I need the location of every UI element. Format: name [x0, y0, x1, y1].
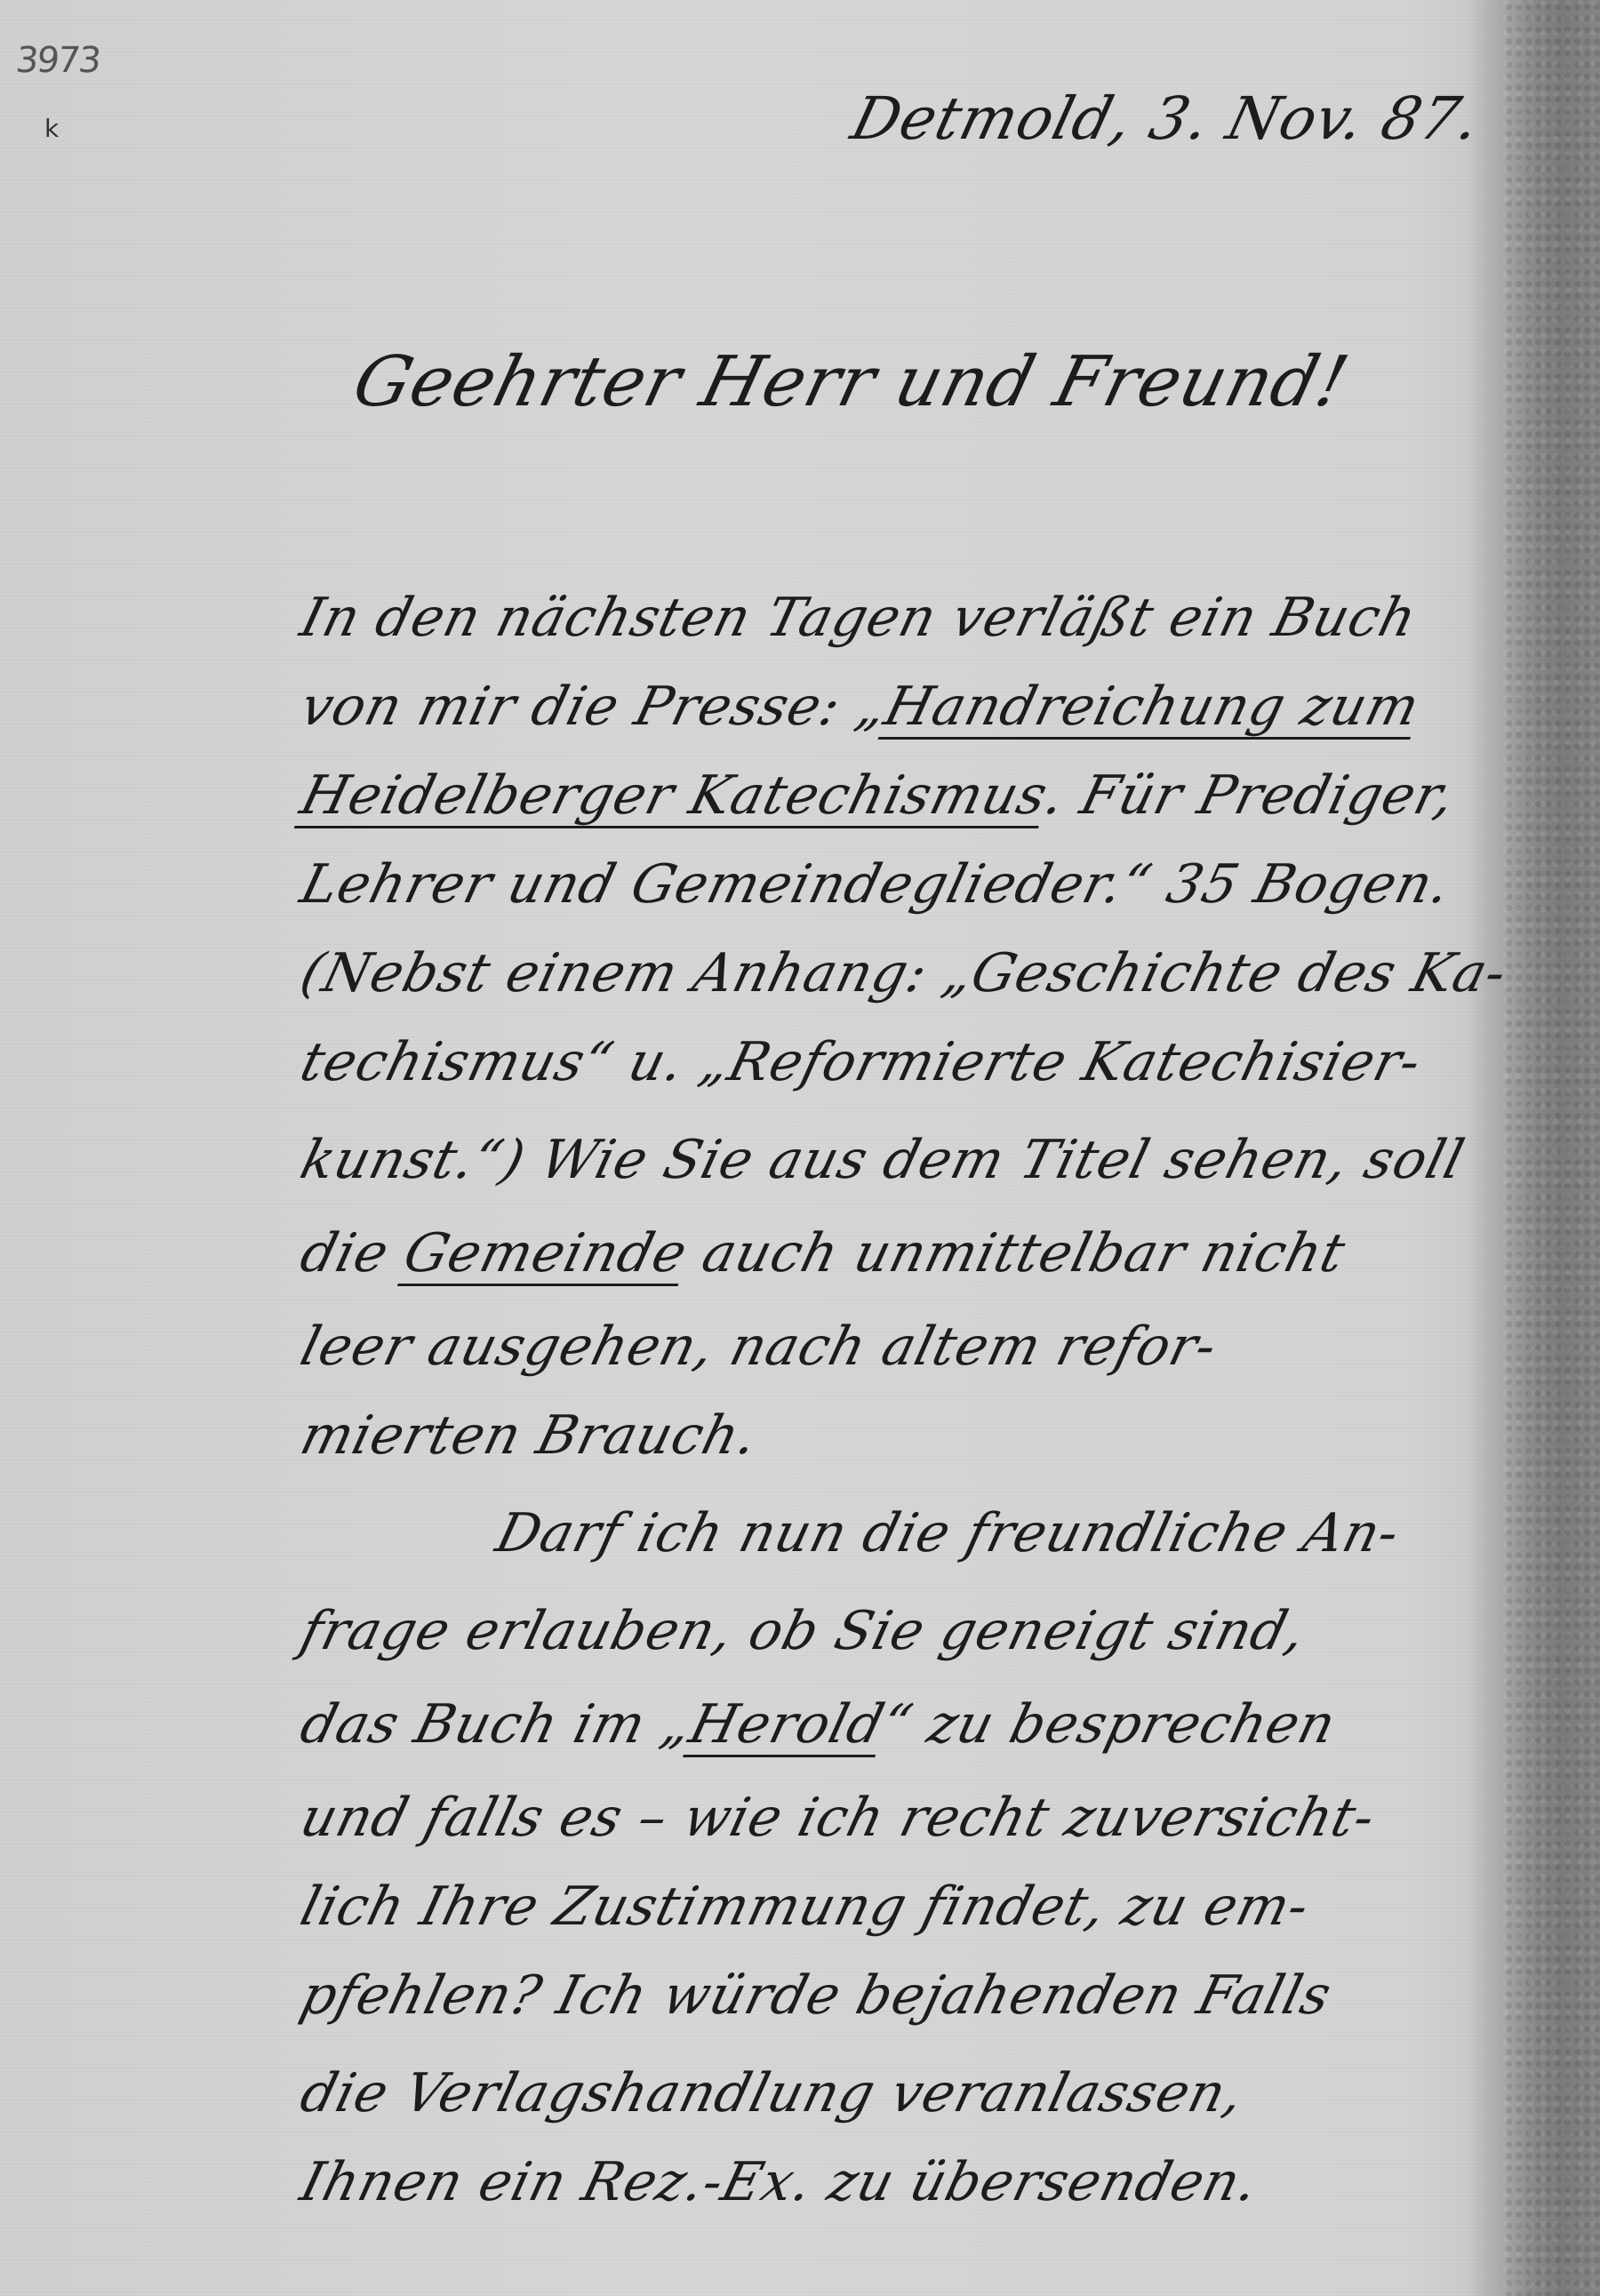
letter-line: mierten Brauch.	[294, 1404, 764, 1467]
line-text: techismus“ u. „Reformierte Katechisier-	[294, 1031, 1428, 1093]
letter-line: und falls es – wie ich recht zuversicht-	[294, 1787, 1381, 1849]
place-date: Detmold, 3. Nov. 87.	[844, 84, 1487, 153]
line-text: Darf ich nun die freundliche An-	[490, 1502, 1406, 1564]
line-text: Lehrer und Gemeindeglieder.“ 35 Bogen.	[294, 853, 1457, 916]
line-text: . Für Prediger,	[1038, 764, 1461, 827]
line-text: pfehlen? Ich würde bejahenden Falls	[294, 1964, 1338, 2027]
underlined-text: Gemeinde	[397, 1222, 693, 1284]
line-text: lich Ihre Zustimmung findet, zu em-	[294, 1876, 1316, 1938]
letter-line: Darf ich nun die freundliche An-	[490, 1502, 1406, 1564]
line-text: In den nächsten Tagen verläßt ein Buch	[294, 587, 1423, 649]
line-text: “ zu besprechen	[876, 1693, 1342, 1756]
line-text: die Verlagshandlung veranlassen,	[294, 2062, 1250, 2124]
line-text: von mir die Presse: „	[294, 676, 893, 738]
archive-number: 3973	[14, 40, 102, 81]
underlined-text: Heidelberger Katechismus	[294, 764, 1054, 827]
letter-page: 3973 k Detmold, 3. Nov. 87. Geehrter Her…	[0, 0, 1600, 2296]
line-text: mierten Brauch.	[294, 1404, 764, 1467]
line-text: auch unmittelbar nicht	[678, 1222, 1352, 1284]
underlined-text: Herold	[684, 1693, 892, 1756]
letter-line: pfehlen? Ich würde bejahenden Falls	[294, 1964, 1338, 2027]
binding-edge	[1502, 0, 1600, 2296]
letter-line: kunst.“) Wie Sie aus dem Titel sehen, so…	[294, 1129, 1470, 1191]
letter-line: frage erlauben, ob Sie geneigt sind,	[294, 1600, 1312, 1662]
letter-line: techismus“ u. „Reformierte Katechisier-	[294, 1031, 1428, 1093]
underlined-text: Handreichung zum	[878, 676, 1426, 738]
archive-mark: k	[44, 114, 59, 143]
letter-line: leer ausgehen, nach altem refor-	[294, 1316, 1223, 1378]
letter-line: In den nächsten Tagen verläßt ein Buch	[294, 587, 1423, 649]
letter-line: die Gemeinde auch unmittelbar nicht	[294, 1222, 1351, 1284]
line-text: frage erlauben, ob Sie geneigt sind,	[294, 1600, 1312, 1662]
letter-line: von mir die Presse: „Handreichung zum	[294, 676, 1426, 738]
letter-line: Heidelberger Katechismus. Für Prediger,	[294, 764, 1461, 827]
line-text: Ihnen ein Rez.-Ex. zu übersenden.	[294, 2151, 1265, 2213]
letter-line: Lehrer und Gemeindeglieder.“ 35 Bogen.	[294, 853, 1457, 916]
line-text: leer ausgehen, nach altem refor-	[294, 1316, 1223, 1378]
salutation: Geehrter Herr und Freund!	[346, 342, 1356, 422]
line-text: die	[294, 1222, 413, 1284]
line-text: das Buch im „	[294, 1693, 699, 1756]
letter-line: (Nebst einem Anhang: „Geschichte des Ka-	[294, 942, 1513, 1004]
line-text: (Nebst einem Anhang: „Geschichte des Ka-	[294, 942, 1513, 1004]
letter-line: das Buch im „Herold“ zu besprechen	[294, 1693, 1342, 1756]
letter-line: die Verlagshandlung veranlassen,	[294, 2062, 1250, 2124]
letter-line: lich Ihre Zustimmung findet, zu em-	[294, 1876, 1316, 1938]
line-text: und falls es – wie ich recht zuversicht-	[294, 1787, 1381, 1849]
binding-shadow	[1467, 0, 1502, 2296]
letter-line: Ihnen ein Rez.-Ex. zu übersenden.	[294, 2151, 1265, 2213]
line-text: kunst.“) Wie Sie aus dem Titel sehen, so…	[294, 1129, 1470, 1191]
